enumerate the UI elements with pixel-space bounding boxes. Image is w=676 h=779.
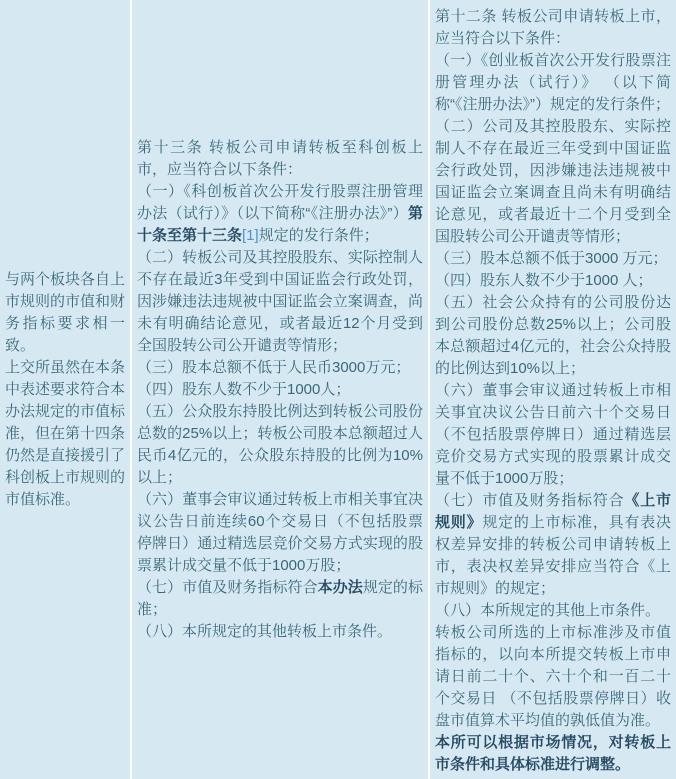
text-segment: （五）公众股东持股比例达到转板公司股份总数的25%以上；转板公司股本总额超过人民… [137,403,423,486]
paragraph: 第十三条 转板公司申请转板至科创板上市，应当符合以下条件： [137,137,423,181]
text-segment: （四）股东人数不少于1000人； [137,381,350,398]
emphasis-text: 本办法 [318,579,363,596]
paragraph: （七）市值及财务指标符合《上市规则》规定的上市标准，具有表决权差异安排的转板公司… [435,490,671,600]
regulation-comparison-table: 与两个板块各自上市规则的市值和财务指标要求相一致。上交所虽然在本条中表述要求符合… [0,0,676,779]
article-12-transfer-listing-cell: 第十二条 转板公司申请转板上市，应当符合以下条件：（一）《创业板首次公开发行股票… [430,0,676,779]
text-segment: 第十三条 转板公司申请转板至科创板上市，应当符合以下条件： [137,139,423,178]
text-segment: （一）《创业板首次公开发行股票注册管理办法（试行）》 （以下简称“《注册办法》”… [435,52,671,113]
text-segment: （八）本所规定的其他上市条件。 [435,602,660,619]
paragraph: 第十二条 转板公司申请转板上市，应当符合以下条件： [435,6,671,50]
article-13-star-market-cell: 第十三条 转板公司申请转板至科创板上市，应当符合以下条件：（一）《科创板首次公开… [132,0,428,779]
text-segment: 上交所虽然在本条中表述要求符合本办法规定的市值标准，但在第十四条仍然是直接援引了… [5,359,125,508]
paragraph: 本所可以根据市场情况，对转板上市条件和具体标准进行调整。 [435,732,671,776]
text-segment: 转板公司所选的上市标准涉及市值指标的，以向本所提交转板上市申请日前二十个、六十个… [435,624,671,729]
paragraph: （四）股东人数不少于1000人； [137,379,423,401]
paragraph: （六）董事会审议通过转板上市相关事宜决议公告日前六十个交易日（不包括股票停牌日）… [435,380,671,490]
paragraph: （四）股东人数不少于1000 人； [435,270,671,292]
paragraph: 转板公司所选的上市标准涉及市值指标的，以向本所提交转板上市申请日前二十个、六十个… [435,622,671,732]
emphasis-text: 本所可以根据市场情况，对转板上市条件和具体标准进行调整。 [435,734,671,773]
text-segment: （七）市值及财务指标符合 [435,492,624,509]
text-segment: （五）社会公众持有的公司股份达到公司股份总数25%以上；公司股本总额超过4亿元的… [435,294,671,377]
text-segment: 第十二条 转板公司申请转板上市，应当符合以下条件： [435,8,671,47]
commentary-cell: 与两个板块各自上市规则的市值和财务指标要求相一致。上交所虽然在本条中表述要求符合… [0,0,130,779]
paragraph: 上交所虽然在本条中表述要求符合本办法规定的市值标准，但在第十四条仍然是直接援引了… [5,357,125,511]
paragraph: （六）董事会审议通过转板上市相关事宜决议公告日前连续60个交易日（不包括股票停牌… [137,489,423,577]
text-segment: （二）公司及其控股股东、实际控制人不存在最近三年受到中国证监会行政处罚，因涉嫌违… [435,118,671,245]
text-segment: （三）股本总额不低于人民币3000万元； [137,359,410,376]
text-segment: （七）市值及财务指标符合 [137,579,318,596]
paragraph: （八）本所规定的其他上市条件。 [435,600,671,622]
paragraph: （八）本所规定的其他转板上市条件。 [137,621,423,643]
text-segment: （一）《科创板首次公开发行股票注册管理办法（试行）》（以下简称“《注册办法》”） [137,183,423,222]
paragraph: （三）股本总额不低于3000 万元； [435,248,671,270]
paragraph: （二）转板公司及其控股股东、实际控制人不存在最近3年受到中国证监会行政处罚，因涉… [137,247,423,357]
paragraph: （三）股本总额不低于人民币3000万元； [137,357,423,379]
paragraph: （七）市值及财务指标符合本办法规定的标准； [137,577,423,621]
text-segment: 与两个板块各自上市规则的市值和财务指标要求相一致。 [5,271,125,354]
paragraph: （二）公司及其控股股东、实际控制人不存在最近三年受到中国证监会行政处罚，因涉嫌违… [435,116,671,248]
paragraph: （一）《创业板首次公开发行股票注册管理办法（试行）》 （以下简称“《注册办法》”… [435,50,671,116]
footnote-link[interactable]: [1] [242,227,259,244]
text-segment: （三）股本总额不低于3000 万元； [435,250,668,267]
text-segment: （四）股东人数不少于1000 人； [435,272,653,289]
paragraph: （一）《科创板首次公开发行股票注册管理办法（试行）》（以下简称“《注册办法》”）… [137,181,423,247]
text-segment: （二）转板公司及其控股股东、实际控制人不存在最近3年受到中国证监会行政处罚，因涉… [137,249,423,354]
paragraph: （五）社会公众持有的公司股份达到公司股份总数25%以上；公司股本总额超过4亿元的… [435,292,671,380]
paragraph: 与两个板块各自上市规则的市值和财务指标要求相一致。 [5,269,125,357]
text-segment: （六）董事会审议通过转板上市相关事宜决议公告日前连续60个交易日（不包括股票停牌… [137,491,423,574]
text-segment: 规定的发行条件； [259,227,379,244]
text-segment: （八）本所规定的其他转板上市条件。 [137,623,392,640]
text-segment: （六）董事会审议通过转板上市相关事宜决议公告日前六十个交易日（不包括股票停牌日）… [435,382,671,487]
paragraph: （五）公众股东持股比例达到转板公司股份总数的25%以上；转板公司股本总额超过人民… [137,401,423,489]
